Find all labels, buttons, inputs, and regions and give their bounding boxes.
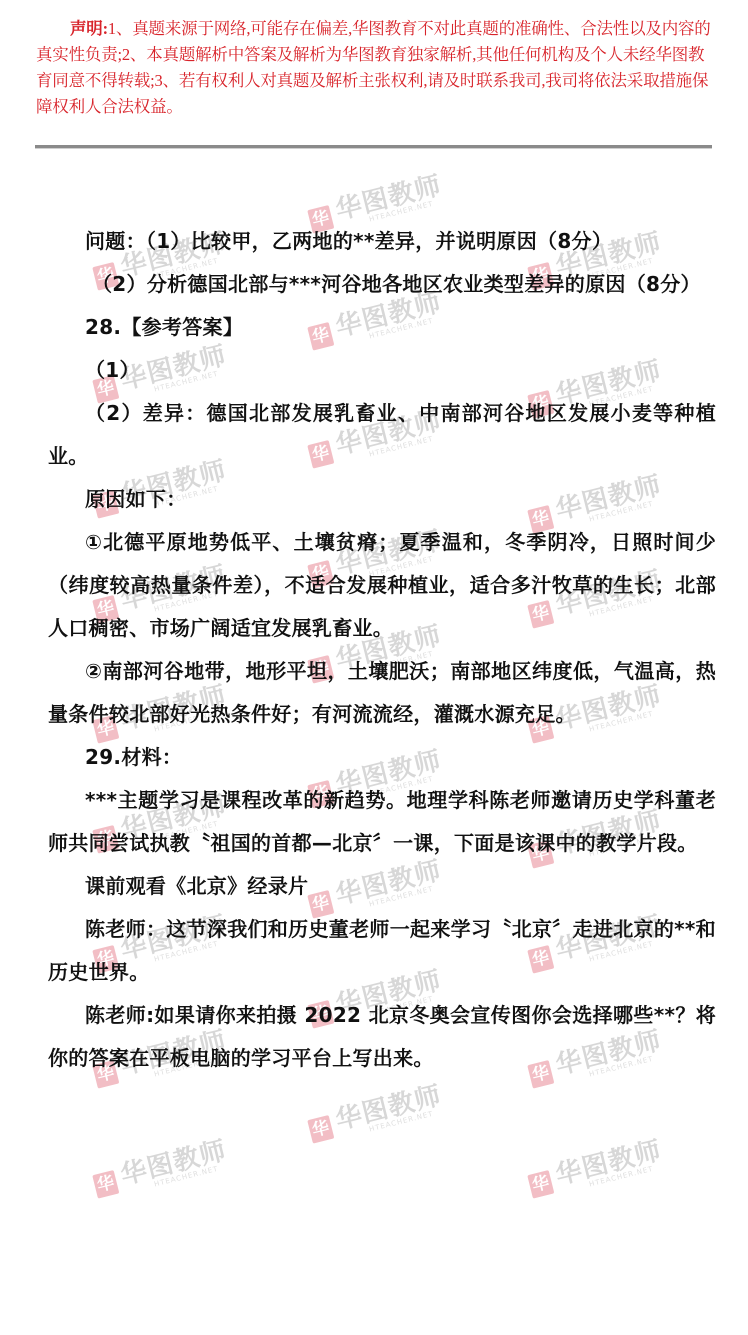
disclaimer-text: 1、真题来源于网络,可能存在偏差,华图教育不对此真题的准确性、合法性以及内容的真… — [36, 19, 711, 116]
watermark-logo-icon: 华 — [527, 1170, 554, 1199]
disclaimer-lead: 声明: — [70, 19, 108, 38]
question-1: 问题：（1）比较甲，乙两地的**差异，并说明原因（8分） — [48, 220, 716, 263]
q29-material: ***主题学习是课程改革的新趋势。地理学科陈老师邀请历史学科董老师共同尝试执教〝… — [48, 779, 716, 865]
answer-1: （1） — [48, 349, 716, 392]
watermark-brand: 华图教师 — [333, 173, 444, 224]
watermark: 华华图教师HTEACHER.NET — [306, 1083, 446, 1148]
answer-heading: 28.【参考答案】 — [48, 306, 716, 349]
watermark-brand: 华图教师 — [333, 1083, 444, 1134]
watermark-sub: HTEACHER.NET — [154, 1163, 231, 1189]
disclaimer: 声明:1、真题来源于网络,可能存在偏差,华图教育不对此真题的准确性、合法性以及内… — [36, 16, 712, 120]
watermark-logo-icon: 华 — [307, 1115, 334, 1144]
header-divider — [35, 145, 712, 149]
watermark-sub: HTEACHER.NET — [589, 1163, 666, 1189]
question-2: （2）分析德国北部与***河谷地各地区农业类型差异的原因（8分） — [48, 263, 716, 306]
reason-1: ①北德平原地势低平、土壤贫瘠；夏季温和，冬季阴冷，日照时间少（纬度较高热量条件差… — [48, 521, 716, 650]
watermark-sub: HTEACHER.NET — [369, 1108, 446, 1134]
watermark-brand: 华图教师 — [118, 1138, 229, 1189]
watermark-brand: 华图教师 — [553, 1138, 664, 1189]
answer-2: （2）差异：德国北部发展乳畜业、中南部河谷地区发展小麦等种植业。 — [48, 392, 716, 478]
reason-heading: 原因如下： — [48, 478, 716, 521]
q29-heading: 29.材料： — [48, 736, 716, 779]
q29-teacher-chen-2: 陈老师:如果请你来拍摄 2022 北京冬奥会宣传图你会选择哪些**？将你的答案在… — [48, 994, 716, 1080]
watermark-logo-icon: 华 — [92, 1170, 119, 1199]
q29-teacher-chen-1: 陈老师：这节深我们和历史董老师一起来学习〝北京〞走进北京的**和历史世界。 — [48, 908, 716, 994]
reason-2: ②南部河谷地带，地形平坦，土壤肥沃；南部地区纬度低，气温高，热量条件较北部好光热… — [48, 650, 716, 736]
document-body: 问题：（1）比较甲，乙两地的**差异，并说明原因（8分） （2）分析德国北部与*… — [48, 220, 716, 1080]
watermark: 华华图教师HTEACHER.NET — [526, 1138, 666, 1203]
q29-pre-class: 课前观看《北京》经录片 — [48, 865, 716, 908]
watermark: 华华图教师HTEACHER.NET — [91, 1138, 231, 1203]
